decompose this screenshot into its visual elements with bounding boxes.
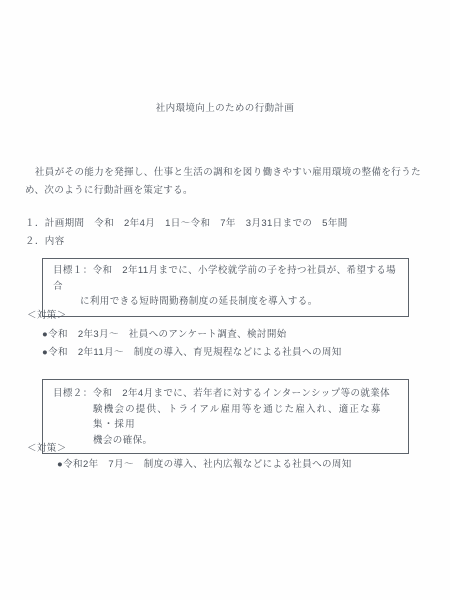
- measures1-bullet-list: ●令和 2年3月～ 社員へのアンケート調査、検討開始 ●令和 2年11月～ 制度…: [42, 326, 342, 362]
- goal2-line: 験機会の提供、トライアル雇用等を通じた雇入れ、適正な募集・採用: [93, 402, 400, 433]
- measures2-label: ＜対策＞: [27, 442, 67, 456]
- intro-line: め、次のように行動計画を策定する。: [25, 182, 432, 200]
- plan-content-item: ２．内容: [25, 235, 65, 249]
- measures1-label: ＜対策＞: [27, 309, 67, 323]
- goal1-line: に利用できる短時間勤務制度の延長制度を導入する。: [80, 294, 400, 310]
- measures2-bullet: ●令和2年 7月～ 制度の導入、社内広報などによる社員への周知: [57, 458, 352, 472]
- intro-line: 社員がその能力を発揮し、仕事と生活の調和を図り働きやすい雇用環境の整備を行うた: [25, 164, 432, 182]
- page-title: 社内環境向上のための行動計画: [0, 102, 450, 116]
- measures1-bullet: ●令和 2年3月～ 社員へのアンケート調査、検討開始: [42, 326, 342, 344]
- goal2-box: 目標２：令和 2年4月までに、若年者に対するインターンシップ等の就業体 験機会の…: [42, 379, 409, 454]
- document-page: 社内環境向上のための行動計画 社員がその能力を発揮し、仕事と生活の調和を図り働き…: [0, 0, 450, 600]
- goal1-box: 目標１：令和 2年11月までに、小学校就学前の子を持つ社員が、希望する場合 に利…: [42, 258, 409, 317]
- plan-period-item: １．計画期間 令和 2年4月 1日～令和 7年 3月31日までの 5年間: [25, 217, 348, 231]
- measures1-bullet: ●令和 2年11月～ 制度の導入、育児規程などによる社員への周知: [42, 344, 342, 362]
- goal1-line: 目標１：令和 2年11月までに、小学校就学前の子を持つ社員が、希望する場合: [53, 263, 400, 294]
- intro-paragraph: 社員がその能力を発揮し、仕事と生活の調和を図り働きやすい雇用環境の整備を行うた …: [25, 164, 432, 200]
- goal2-line: 目標２：令和 2年4月までに、若年者に対するインターンシップ等の就業体: [53, 386, 400, 402]
- goal2-line: 機会の確保。: [93, 433, 400, 449]
